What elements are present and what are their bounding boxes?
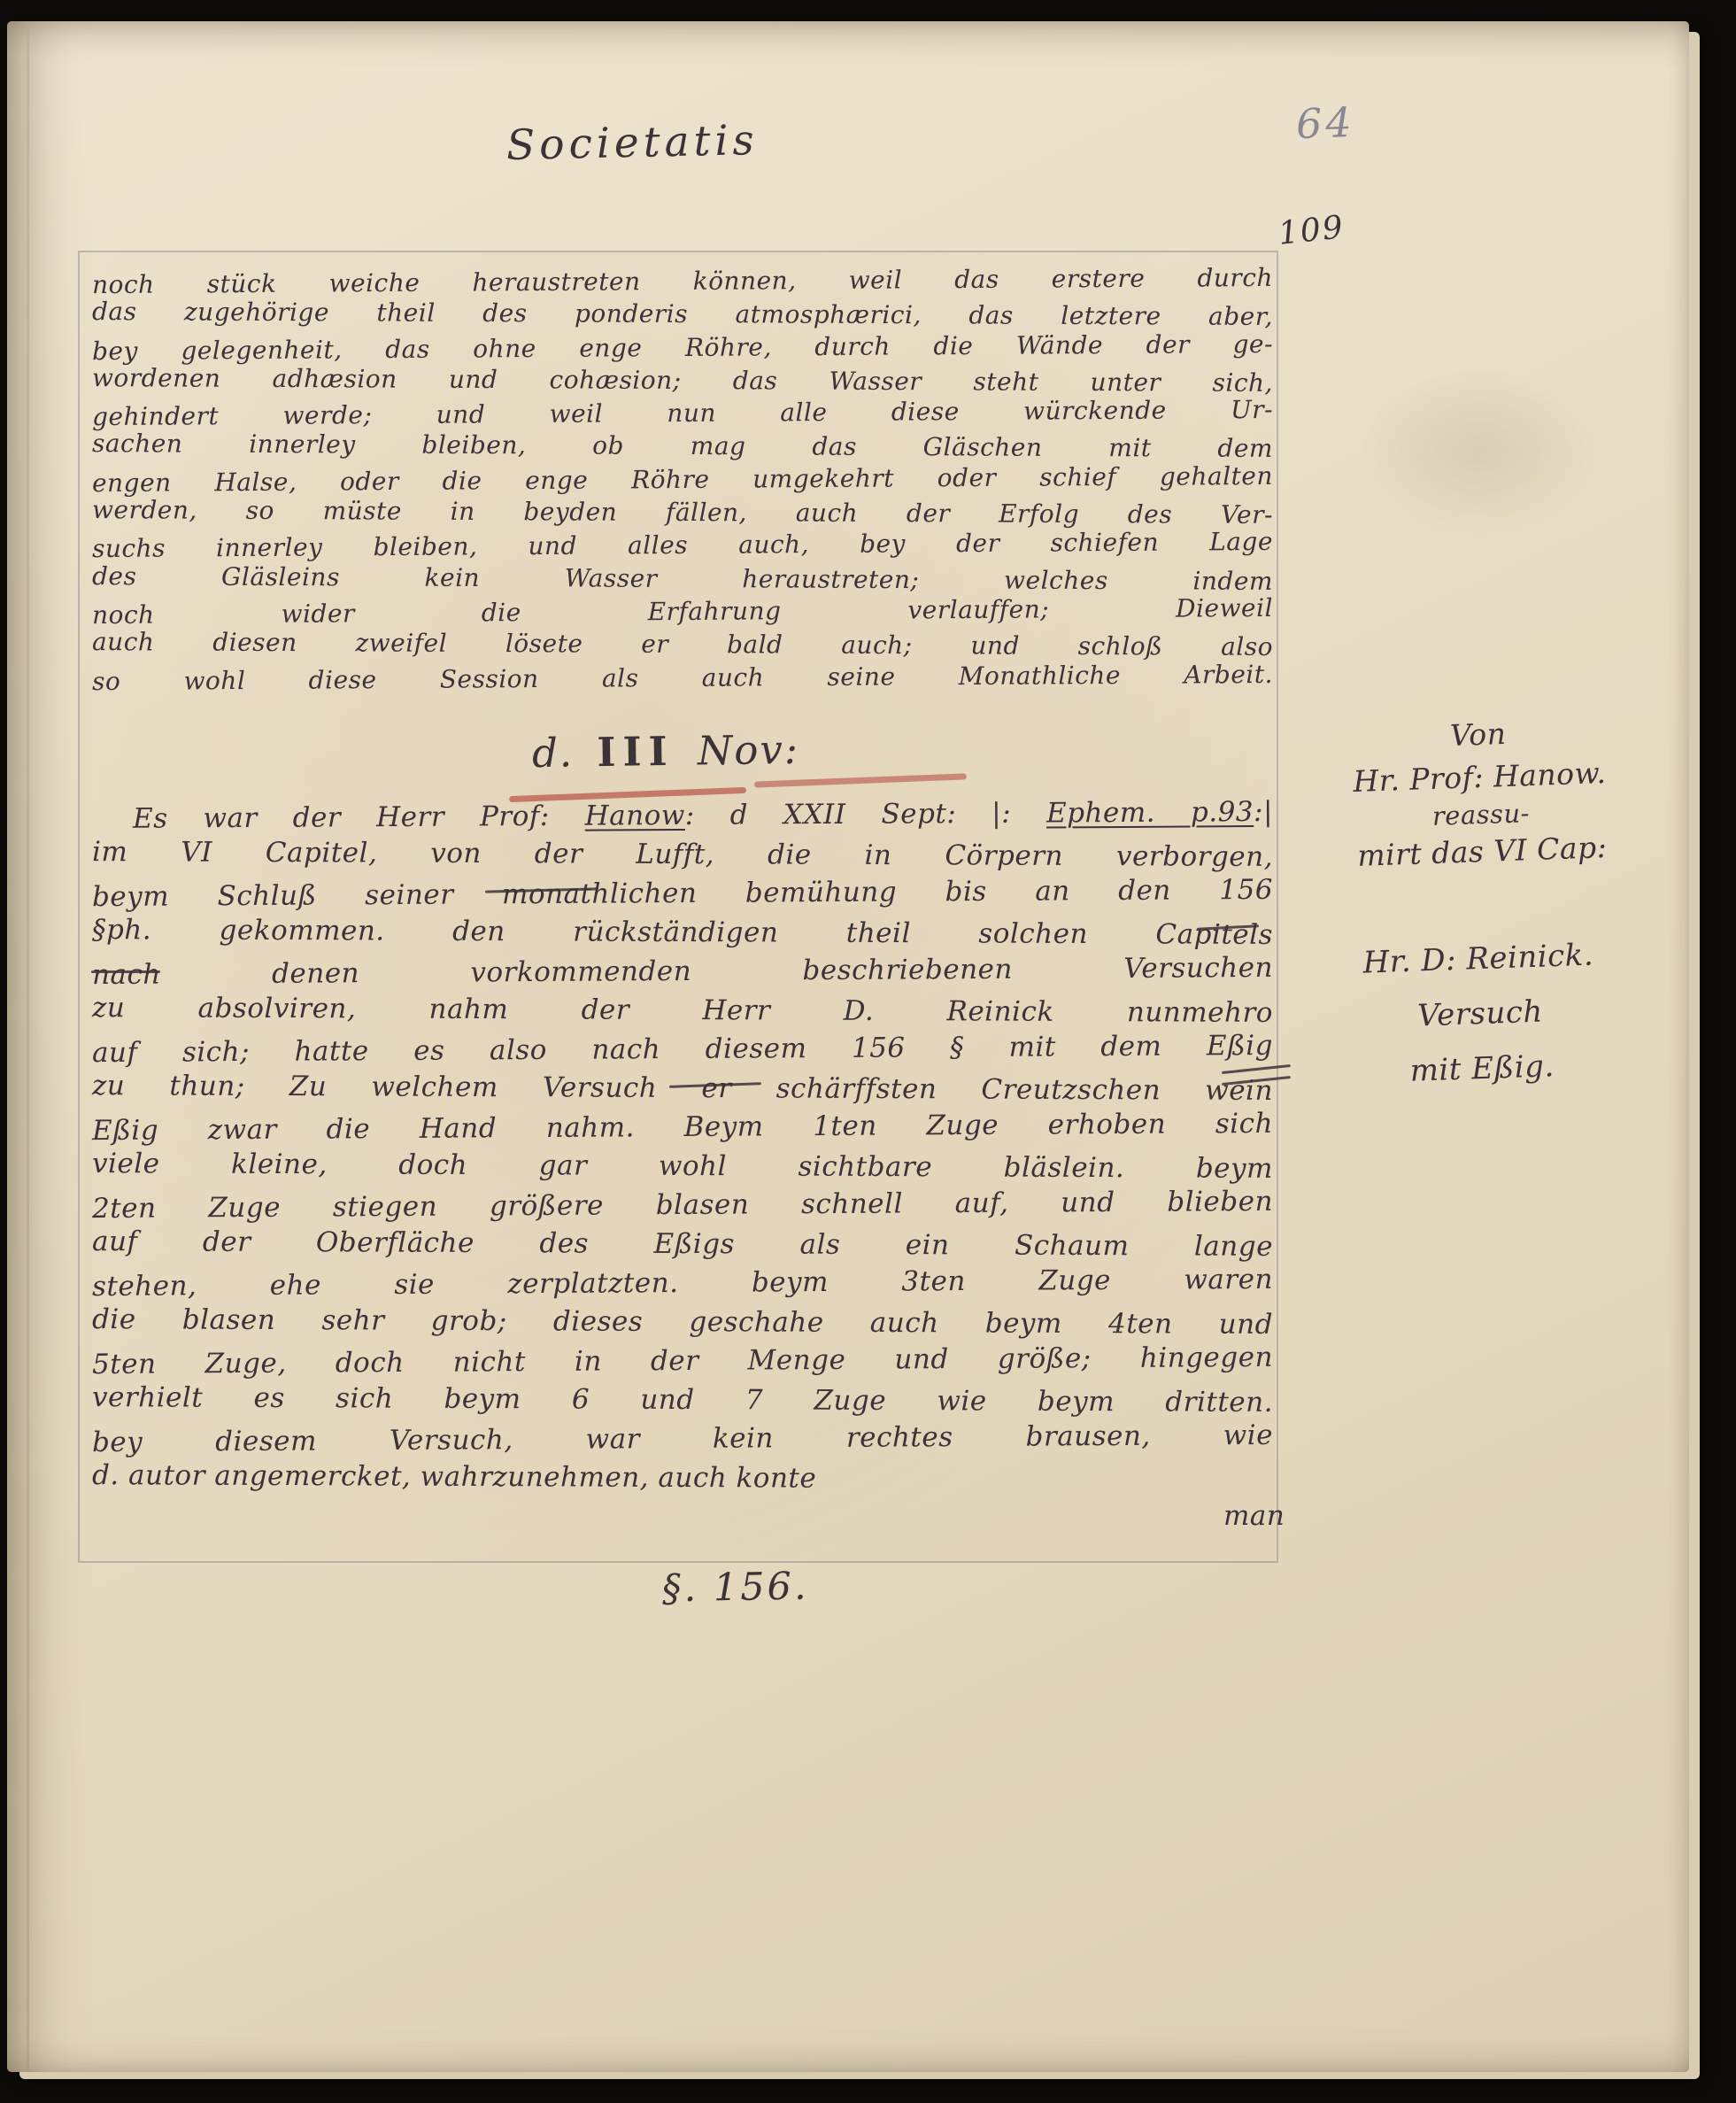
running-title: Societatis	[505, 116, 759, 170]
handwriting-line: zu thun; Zu welchem Versuch er schärffst…	[92, 1066, 1273, 1110]
date-heading: d. III Nov:	[532, 726, 800, 777]
handwriting-line: viele kleine, doch gar wohl sichtbare bl…	[92, 1144, 1273, 1188]
gutter-crease	[27, 21, 29, 2072]
folio-number-ink: 109	[1277, 209, 1346, 252]
line-segment: : d XXII Sept: |:	[685, 797, 1046, 831]
name-hanow: Hanow	[585, 800, 685, 832]
section-mark: §. 156.	[662, 1565, 809, 1612]
ephemerides-reference: Ephem. p.93	[1046, 796, 1254, 829]
handwriting-line: Es war der Herr Prof: Hanow: d XXII Sept…	[92, 792, 1273, 839]
manuscript-scan: 64 Societatis 109 noch stück weiche hera…	[0, 0, 1736, 2103]
handwriting-line: 2ten Zuge stiegen größere blasen schnell…	[92, 1182, 1273, 1228]
handwriting-line: bey diesem Versuch, war kein rechtes bra…	[92, 1416, 1273, 1462]
ink-showthrough	[1363, 372, 1593, 531]
line-segment: Es war der Herr Prof:	[133, 800, 585, 835]
paragraph-1: noch stück weiche heraustreten können, w…	[92, 265, 1273, 694]
handwriting-line: die blasen sehr grob; dieses geschahe au…	[92, 1300, 1273, 1344]
date-heading-month: Nov:	[698, 726, 800, 775]
handwriting-line: das zugehörige theil des ponderis atmosp…	[92, 295, 1273, 333]
paragraph-2: Es war der Herr Prof: Hanow: d XXII Sept…	[92, 796, 1273, 1497]
ink-underline-mark	[91, 970, 160, 973]
handwriting-line: zu absolviren, nahm der Herr D. Reinick …	[92, 988, 1273, 1032]
handwriting-line: im VI Capitel, von der Lufft, die in Cör…	[92, 832, 1273, 877]
handwriting-line: auf der Oberfläche des Eßigs als ein Sch…	[92, 1222, 1273, 1266]
date-heading-numeral: III	[588, 728, 683, 776]
margin-note-hanow: Von Hr. Prof: Hanow. reassu- mirt das VI…	[1292, 707, 1669, 880]
handwriting-line: verhielt es sich beym 6 und 7 Zuge wie b…	[92, 1378, 1273, 1422]
handwriting-line: 5ten Zuge, doch nicht in der Menge und g…	[92, 1338, 1273, 1384]
date-heading-prefix: d.	[532, 729, 575, 777]
handwriting-line: d. autor angemercket, wahrzunehmen, auch…	[92, 1456, 1273, 1500]
handwriting-line: suchs innerley bleiben, und alles auch, …	[92, 525, 1273, 565]
handwriting-line: so wohl diese Session als auch seine Mon…	[92, 657, 1273, 697]
handwriting-line: stehen, ehe sie zerplatzten. beym 3ten Z…	[92, 1260, 1273, 1306]
handwriting-line: auch diesen zweifel lösete er bald auch;…	[92, 625, 1273, 663]
folio-number-pencil: 64	[1295, 98, 1355, 148]
catchword: man	[1223, 1500, 1285, 1532]
handwriting-line: nach denen vorkommenden beschriebenen Ve…	[92, 948, 1273, 994]
handwriting-line: beym Schluß seiner monathlichen bemühung…	[92, 870, 1273, 916]
handwriting-line: Eßig zwar die Hand nahm. Beym 1ten Zuge …	[92, 1104, 1273, 1150]
line-segment: :|	[1254, 796, 1273, 828]
margin-note-reinick: Hr. D: Reinick. Versuch mit Eßig.	[1292, 925, 1669, 1103]
handwriting-line: §ph. gekommen. den rückständigen theil s…	[92, 910, 1273, 955]
handwriting-line: auf sich; hatte es also nach diesem 156 …	[92, 1026, 1273, 1072]
